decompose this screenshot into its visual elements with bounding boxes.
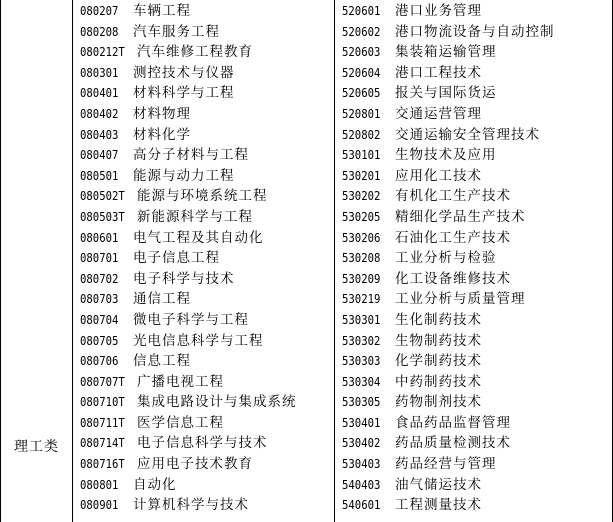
major-name: 新能源科学与工程	[137, 209, 253, 225]
major-name: 食品药品监督管理	[395, 415, 511, 431]
major-name: 材料科学与工程	[133, 85, 235, 101]
major-name: 工业分析与质量管理	[395, 291, 526, 307]
major-code: 520601	[342, 1, 385, 22]
table-row: 530401食品药品监督管理	[342, 413, 610, 434]
major-code: 530202	[342, 186, 385, 207]
major-name: 汽车维修工程教育	[137, 44, 253, 60]
major-code: 080502T	[80, 186, 126, 207]
table-row: 080208汽车服务工程	[80, 22, 332, 43]
major-name: 材料化学	[133, 127, 191, 143]
table-row: 080402材料物理	[80, 104, 332, 125]
table-row: 530402药品质量检测技术	[342, 433, 610, 454]
major-name: 化工设备维修技术	[395, 271, 511, 287]
major-name: 电子信息工程	[133, 250, 220, 266]
major-name: 微电子科学与工程	[133, 312, 249, 328]
major-code: 080407	[80, 145, 123, 166]
major-name: 中药制药技术	[395, 374, 482, 390]
major-name: 石油化工生产技术	[395, 230, 511, 246]
table-row: 080711T医学信息工程	[80, 413, 332, 434]
major-name: 电子信息科学与技术	[137, 435, 268, 451]
major-code: 080403	[80, 125, 123, 146]
major-code: 080705	[80, 331, 123, 352]
major-code: 530201	[342, 166, 385, 187]
major-code: 080706	[80, 351, 123, 372]
major-name: 自动化	[133, 477, 177, 493]
table-row: 520604港口工程技术	[342, 63, 610, 84]
table-row: 520603集装箱运输管理	[342, 42, 610, 63]
table-row: 530205精细化学品生产技术	[342, 207, 610, 228]
major-code: 520801	[342, 104, 385, 125]
major-name: 报关与国际货运	[395, 85, 497, 101]
table-row: 530304中药制药技术	[342, 372, 610, 393]
table-row: 080701电子信息工程	[80, 248, 332, 269]
major-code: 530208	[342, 248, 385, 269]
major-name: 生物制药技术	[395, 333, 482, 349]
major-name: 生化制药技术	[395, 312, 482, 328]
major-code: 520602	[342, 22, 385, 43]
table-row: 530208工业分析与检验	[342, 248, 610, 269]
major-code: 080301	[80, 63, 123, 84]
table-row: 080702电子科学与技术	[80, 269, 332, 290]
major-code: 530305	[342, 392, 385, 413]
major-name: 汽车服务工程	[133, 24, 220, 40]
table-row: 530305药物制剂技术	[342, 392, 610, 413]
table-row: 520601港口业务管理	[342, 1, 610, 22]
major-name: 计算机科学与技术	[133, 497, 249, 513]
major-name: 化学制药技术	[395, 353, 482, 369]
column-divider-1	[72, 0, 73, 522]
table-row: 080502T能源与环境系统工程	[80, 186, 332, 207]
major-name: 药品经营与管理	[395, 456, 497, 472]
major-code: 520605	[342, 83, 385, 104]
table-row: 520602港口物流设备与自动控制	[342, 22, 610, 43]
table-row: 530209化工设备维修技术	[342, 269, 610, 290]
table-row: 080703通信工程	[80, 289, 332, 310]
table-row: 080207车辆工程	[80, 1, 332, 22]
major-name: 高分子材料与工程	[133, 147, 249, 163]
major-name: 生物技术及应用	[395, 147, 497, 163]
major-name: 广播电视工程	[137, 374, 224, 390]
major-name: 能源与动力工程	[133, 168, 235, 184]
major-name: 应用化工技术	[395, 168, 482, 184]
table-row: 080503T新能源科学与工程	[80, 207, 332, 228]
table-row: 530301生化制药技术	[342, 310, 610, 331]
major-code: 080401	[80, 83, 123, 104]
major-code: 080503T	[80, 207, 126, 228]
table-row: 080901计算机科学与技术	[80, 495, 332, 516]
major-code: 520603	[342, 42, 385, 63]
major-name: 工程测量技术	[395, 497, 482, 513]
major-mapping-table: 理工类 080207车辆工程080208汽车服务工程080212T汽车维修工程教…	[0, 0, 613, 522]
major-code: 080601	[80, 228, 123, 249]
table-row: 080212T汽车维修工程教育	[80, 42, 332, 63]
major-name: 电气工程及其自动化	[133, 230, 264, 246]
table-row: 080401材料科学与工程	[80, 83, 332, 104]
table-row: 520605报关与国际货运	[342, 83, 610, 104]
major-name: 港口物流设备与自动控制	[395, 24, 555, 40]
major-name: 药物制剂技术	[395, 394, 482, 410]
table-row: 540403油气储运技术	[342, 475, 610, 496]
major-code: 080711T	[80, 413, 126, 434]
major-code: 080212T	[80, 42, 126, 63]
major-name: 交通运营管理	[395, 106, 482, 122]
major-code: 530219	[342, 289, 385, 310]
major-code: 080402	[80, 104, 123, 125]
major-name: 能源与环境系统工程	[137, 188, 268, 204]
table-row: 080707T广播电视工程	[80, 372, 332, 393]
table-row: 530219工业分析与质量管理	[342, 289, 610, 310]
major-name: 有机化工生产技术	[395, 188, 511, 204]
major-code: 080703	[80, 289, 123, 310]
major-code: 080704	[80, 310, 123, 331]
major-code: 080701	[80, 248, 123, 269]
major-code: 530403	[342, 454, 385, 475]
category-label: 理工类	[1, 432, 72, 460]
major-code: 080501	[80, 166, 123, 187]
major-code: 080707T	[80, 372, 126, 393]
table-row: 530206石油化工生产技术	[342, 228, 610, 249]
table-row: 080704微电子科学与工程	[80, 310, 332, 331]
major-name: 电子科学与技术	[133, 271, 235, 287]
major-code: 080901	[80, 495, 123, 516]
major-code: 080801	[80, 475, 123, 496]
table-row: 080705光电信息科学与工程	[80, 331, 332, 352]
table-row: 530202有机化工生产技术	[342, 186, 610, 207]
table-row: 080407高分子材料与工程	[80, 145, 332, 166]
major-code: 530301	[342, 310, 385, 331]
table-row: 080706信息工程	[80, 351, 332, 372]
major-name: 材料物理	[133, 106, 191, 122]
major-name: 医学信息工程	[137, 415, 224, 431]
major-code: 080710T	[80, 392, 126, 413]
table-row: 520801交通运营管理	[342, 104, 610, 125]
major-code: 080208	[80, 22, 123, 43]
table-row: 530303化学制药技术	[342, 351, 610, 372]
major-code: 530304	[342, 372, 385, 393]
major-name: 光电信息科学与工程	[133, 333, 264, 349]
major-code: 530206	[342, 228, 385, 249]
major-code: 520604	[342, 63, 385, 84]
major-code: 530101	[342, 145, 385, 166]
major-code: 530402	[342, 433, 385, 454]
major-code: 530302	[342, 331, 385, 352]
major-code: 530401	[342, 413, 385, 434]
table-row: 530302生物制药技术	[342, 331, 610, 352]
major-code: 540601	[342, 495, 385, 516]
table-row: 530101生物技术及应用	[342, 145, 610, 166]
table-row: 080716T应用电子技术教育	[80, 454, 332, 475]
major-name: 港口业务管理	[395, 3, 482, 19]
major-name: 信息工程	[133, 353, 191, 369]
major-name: 集装箱运输管理	[395, 44, 497, 60]
major-code: 530205	[342, 207, 385, 228]
major-code: 080207	[80, 1, 123, 22]
major-code: 080702	[80, 269, 123, 290]
major-name: 交通运输安全管理技术	[395, 127, 540, 143]
table-row: 530403药品经营与管理	[342, 454, 610, 475]
table-row: 080403材料化学	[80, 125, 332, 146]
major-code: 080714T	[80, 433, 126, 454]
table-row: 080301测控技术与仪器	[80, 63, 332, 84]
major-name: 集成电路设计与集成系统	[137, 394, 297, 410]
major-code: 080716T	[80, 454, 126, 475]
major-code: 520802	[342, 125, 385, 146]
major-code: 540403	[342, 475, 385, 496]
table-row: 080714T电子信息科学与技术	[80, 433, 332, 454]
major-name: 测控技术与仪器	[133, 65, 235, 81]
major-name: 通信工程	[133, 291, 191, 307]
table-row: 080710T集成电路设计与集成系统	[80, 392, 332, 413]
major-name: 应用电子技术教育	[137, 456, 253, 472]
major-name: 精细化学品生产技术	[395, 209, 526, 225]
major-name: 工业分析与检验	[395, 250, 497, 266]
major-name: 车辆工程	[133, 3, 191, 19]
major-code: 530209	[342, 269, 385, 290]
major-name: 油气储运技术	[395, 477, 482, 493]
major-code: 530303	[342, 351, 385, 372]
table-row: 530201应用化工技术	[342, 166, 610, 187]
column-divider-2	[334, 0, 335, 522]
table-row: 080501能源与动力工程	[80, 166, 332, 187]
table-row: 540601工程测量技术	[342, 495, 610, 516]
undergraduate-majors-column: 080207车辆工程080208汽车服务工程080212T汽车维修工程教育080…	[80, 1, 332, 516]
table-row: 080801自动化	[80, 475, 332, 496]
table-row: 520802交通运输安全管理技术	[342, 125, 610, 146]
vocational-majors-column: 520601港口业务管理520602港口物流设备与自动控制520603集装箱运输…	[342, 1, 610, 516]
table-row: 080601电气工程及其自动化	[80, 228, 332, 249]
major-name: 药品质量检测技术	[395, 435, 511, 451]
major-name: 港口工程技术	[395, 65, 482, 81]
